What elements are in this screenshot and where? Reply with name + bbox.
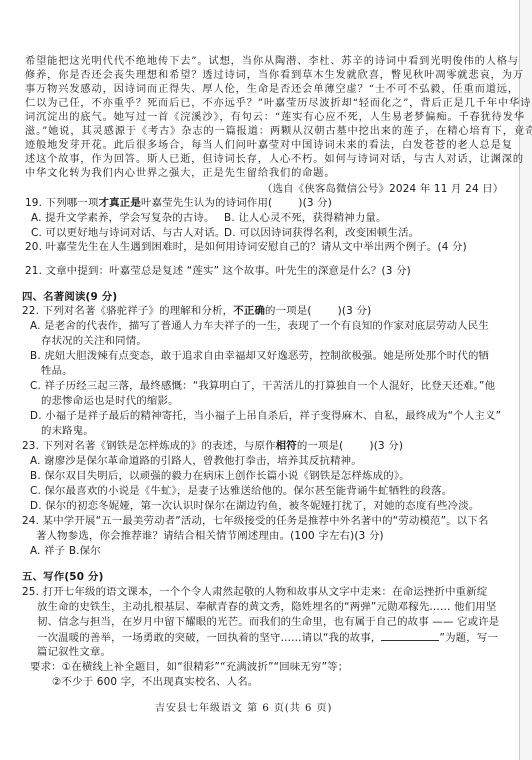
passage-line: 希望能把这光明代代不绝地传下去”。试想，当你从陶潜、李杜、苏辛的诗词中看到光明俊…	[25, 55, 519, 69]
question-21: 21. 文章中提到：叶嘉莹总是复述 “莲实” 这个故事。叶先生的深意是什么？(3…	[25, 264, 411, 278]
section-5-title: 五、写作(50 分)	[22, 570, 104, 584]
q22-option-d: D. 小福子是祥子最后的精神寄托，当小福子上吊自杀后，祥子变得麻木、自私，最终成…	[30, 409, 501, 423]
q22-option-b: B. 虎妞大胆泼辣有点变态，敢于追求自由幸福却又好逸恶劳，控制欲极强。她是所处那…	[30, 349, 489, 363]
q23-stem-end: )(3 分)	[369, 440, 403, 452]
q22-option-a: A. 是老舍的代表作，描写了普通人力车夫祥子的一生，表现了一个有良知的作家对底层…	[30, 319, 489, 333]
q22-option-b-cont: 牲品。	[41, 364, 73, 378]
exam-page: 希望能把这光明代代不绝地传下去”。试想，当你从陶潜、李杜、苏辛的诗词中看到光明俊…	[0, 0, 520, 760]
q23-option-a: A. 谢廖沙是保尔革命道路的引路人，曾教他打拳击，培养其反抗精神。	[30, 454, 362, 468]
q22-stem-post: 的一项是(	[265, 305, 312, 317]
q22-option-c: C. 祥子历经三起三落，最终感慨：“我算明白了，干苦活儿的打算独自一个人混好，比…	[30, 379, 495, 393]
passage-line: 修养，你是否还会丧失理想和希望？透过诗词，当你看到草木生发就欣喜，瞥见秋叶凋零就…	[25, 69, 524, 83]
passage-source: （选自《侠客岛微信公号》2024 年 11 月 24 日）	[262, 182, 503, 196]
q23-option-c: C. 保尔最喜欢的小说是《牛虻》，是妻子达雅送给他的。保尔甚至能背诵牛虻牺牲的段…	[30, 484, 452, 498]
q19-option-b: B. 让人心灵不死，获得精神力量。	[224, 211, 387, 225]
q24-options: A. 祥子 B.保尔	[30, 544, 101, 558]
q22-option-d-cont: 的末路鬼。	[41, 424, 94, 438]
passage-line: 中华文化转为我们内心世界之强大，正是先生留给我们的命题。	[25, 167, 335, 181]
q22-stem-pre: 22. 下列对名著《骆驼祥子》的理解和分析，	[22, 305, 233, 317]
section-4-title: 四、名著阅读(9 分)	[22, 290, 117, 304]
question-24-cont: 著人物参选，你会推荐谁？请结合相关情节阐述理由。(100 字左右)(3 分)	[36, 529, 384, 543]
requirement-1: 要求：①在横线上补全题目，如“很精彩”“充满波折”“回味无穷”等；	[30, 660, 348, 674]
passage-line: 仁以为己任，不亦重乎？死而后已，不亦远乎？”叶嘉莹历尽波折却“轻而化之”，背后正…	[25, 97, 531, 111]
requirement-2: ②不少于 600 字，不出现真实校名、人名。	[52, 675, 258, 689]
q19-option-d: D. 可以因诗词获得名利，改变困顿生活。	[224, 226, 419, 240]
q23-option-b: B. 保尔双目失明后，以顽强的毅力在病床上创作长篇小说《钢铁是怎样炼成的》。	[30, 469, 410, 483]
q23-stem-post: 的一项是(	[297, 440, 344, 452]
q23-stem-bold: 相符	[276, 440, 297, 452]
passage-line: 述这个故事，作为回答。斯人已逝，但诗词长存，人心不朽。如何与诗词对话，与古人对话…	[25, 153, 524, 167]
passage-line: 滋。”她说，其灵感源于《考古》杂志的一篇报道：两颗从汉朝古墓中挖出来的莲子，在精…	[25, 125, 532, 139]
q19-stem-post: 叶嘉莹先生认为的诗词作用(	[141, 197, 272, 209]
question-25: 25. 打开七年级的语文课本，一个个令人肃然起敬的人物和故事从文字中走来：在命运…	[22, 585, 487, 599]
question-22: 22. 下列对名著《骆驼祥子》的理解和分析，不正确的一项是()(3 分)	[22, 304, 371, 318]
question-25-line: 韧、信念与担当，在岁月中留下耀眼的光芒。而我们的生命里，也有属于自己的故事 ——…	[37, 615, 499, 629]
passage-line: 迹般地发芽开花。此后很多场合，每当人们问叶嘉莹对中国诗词未来的看法，白发苍苍的老…	[25, 139, 513, 153]
q19-stem-pre: 19. 下列哪一项	[25, 197, 99, 209]
q23-stem-pre: 23. 下列对名著《钢铁是怎样炼成的》的表述，与原作	[22, 440, 276, 452]
q22-option-a-cont: 存状况的关注和同情。	[41, 334, 147, 348]
title-fill-blank	[381, 630, 439, 641]
q19-option-a: A. 提升文学素养，学会写复杂的古诗。	[31, 211, 215, 225]
passage-line: 事万物兴发感动，因诗词而正得失、厚人伦，生命是否还会单薄空虚？“士不可不弘毅，任…	[25, 83, 519, 97]
question-24: 24. 某中学开展“五一最美劳动者”活动，七年级接受的任务是推荐中外名著中的“劳…	[22, 514, 489, 528]
question-23: 23. 下列对名著《钢铁是怎样炼成的》的表述，与原作相符的一项是()(3 分)	[22, 439, 403, 453]
question-25-line: 放生命的史铁生，主动扎根基层、奉献青春的黄文秀，隐姓埋名的“两弹”元勋邓稼先………	[37, 600, 496, 614]
question-25-line: 篇记叙性文章。	[37, 645, 111, 659]
q19-option-c: C. 可以更好地与诗词对话、与古人对话。	[31, 226, 226, 240]
q19-stem-bold: 才真正是	[99, 197, 141, 209]
q22-stem-bold: 不正确	[233, 305, 265, 317]
question-19: 19. 下列哪一项才真正是叶嘉莹先生认为的诗词作用()(3 分)	[25, 196, 332, 210]
question-20: 20. 叶嘉莹先生在人生遇到困难时，是如何用诗词安慰自己的？请从文中举出两个例子…	[25, 240, 467, 254]
q25-line4-pre: 一次温暖的善举，一场勇敢的突破，一回执着的坚守……请以“我的故事，	[37, 632, 381, 644]
q19-stem-end: )(3 分)	[298, 197, 332, 209]
q23-option-d: D. 保尔的初恋冬妮娅，第一次认识时保尔在湖边钓鱼，被冬妮娅打扰了，对她的态度有…	[30, 499, 479, 513]
passage-line: 词沉淀出的底气。她写过一首《浣溪沙》，有句云：“莲实有心应不死，人生易老梦偏痴。…	[25, 111, 525, 125]
q25-line4-post: ”为题，写一	[439, 632, 498, 644]
page-footer: 吉安县七年级语文 第 6 页(共 6 页)	[155, 702, 332, 716]
q22-option-c-cont: 的悲惨命运也是时代的缩影。	[41, 394, 179, 408]
question-25-line: 一次温暖的善举，一场勇敢的突破，一回执着的坚守……请以“我的故事，”为题，写一	[37, 630, 498, 645]
q22-stem-end: )(3 分)	[338, 305, 372, 317]
